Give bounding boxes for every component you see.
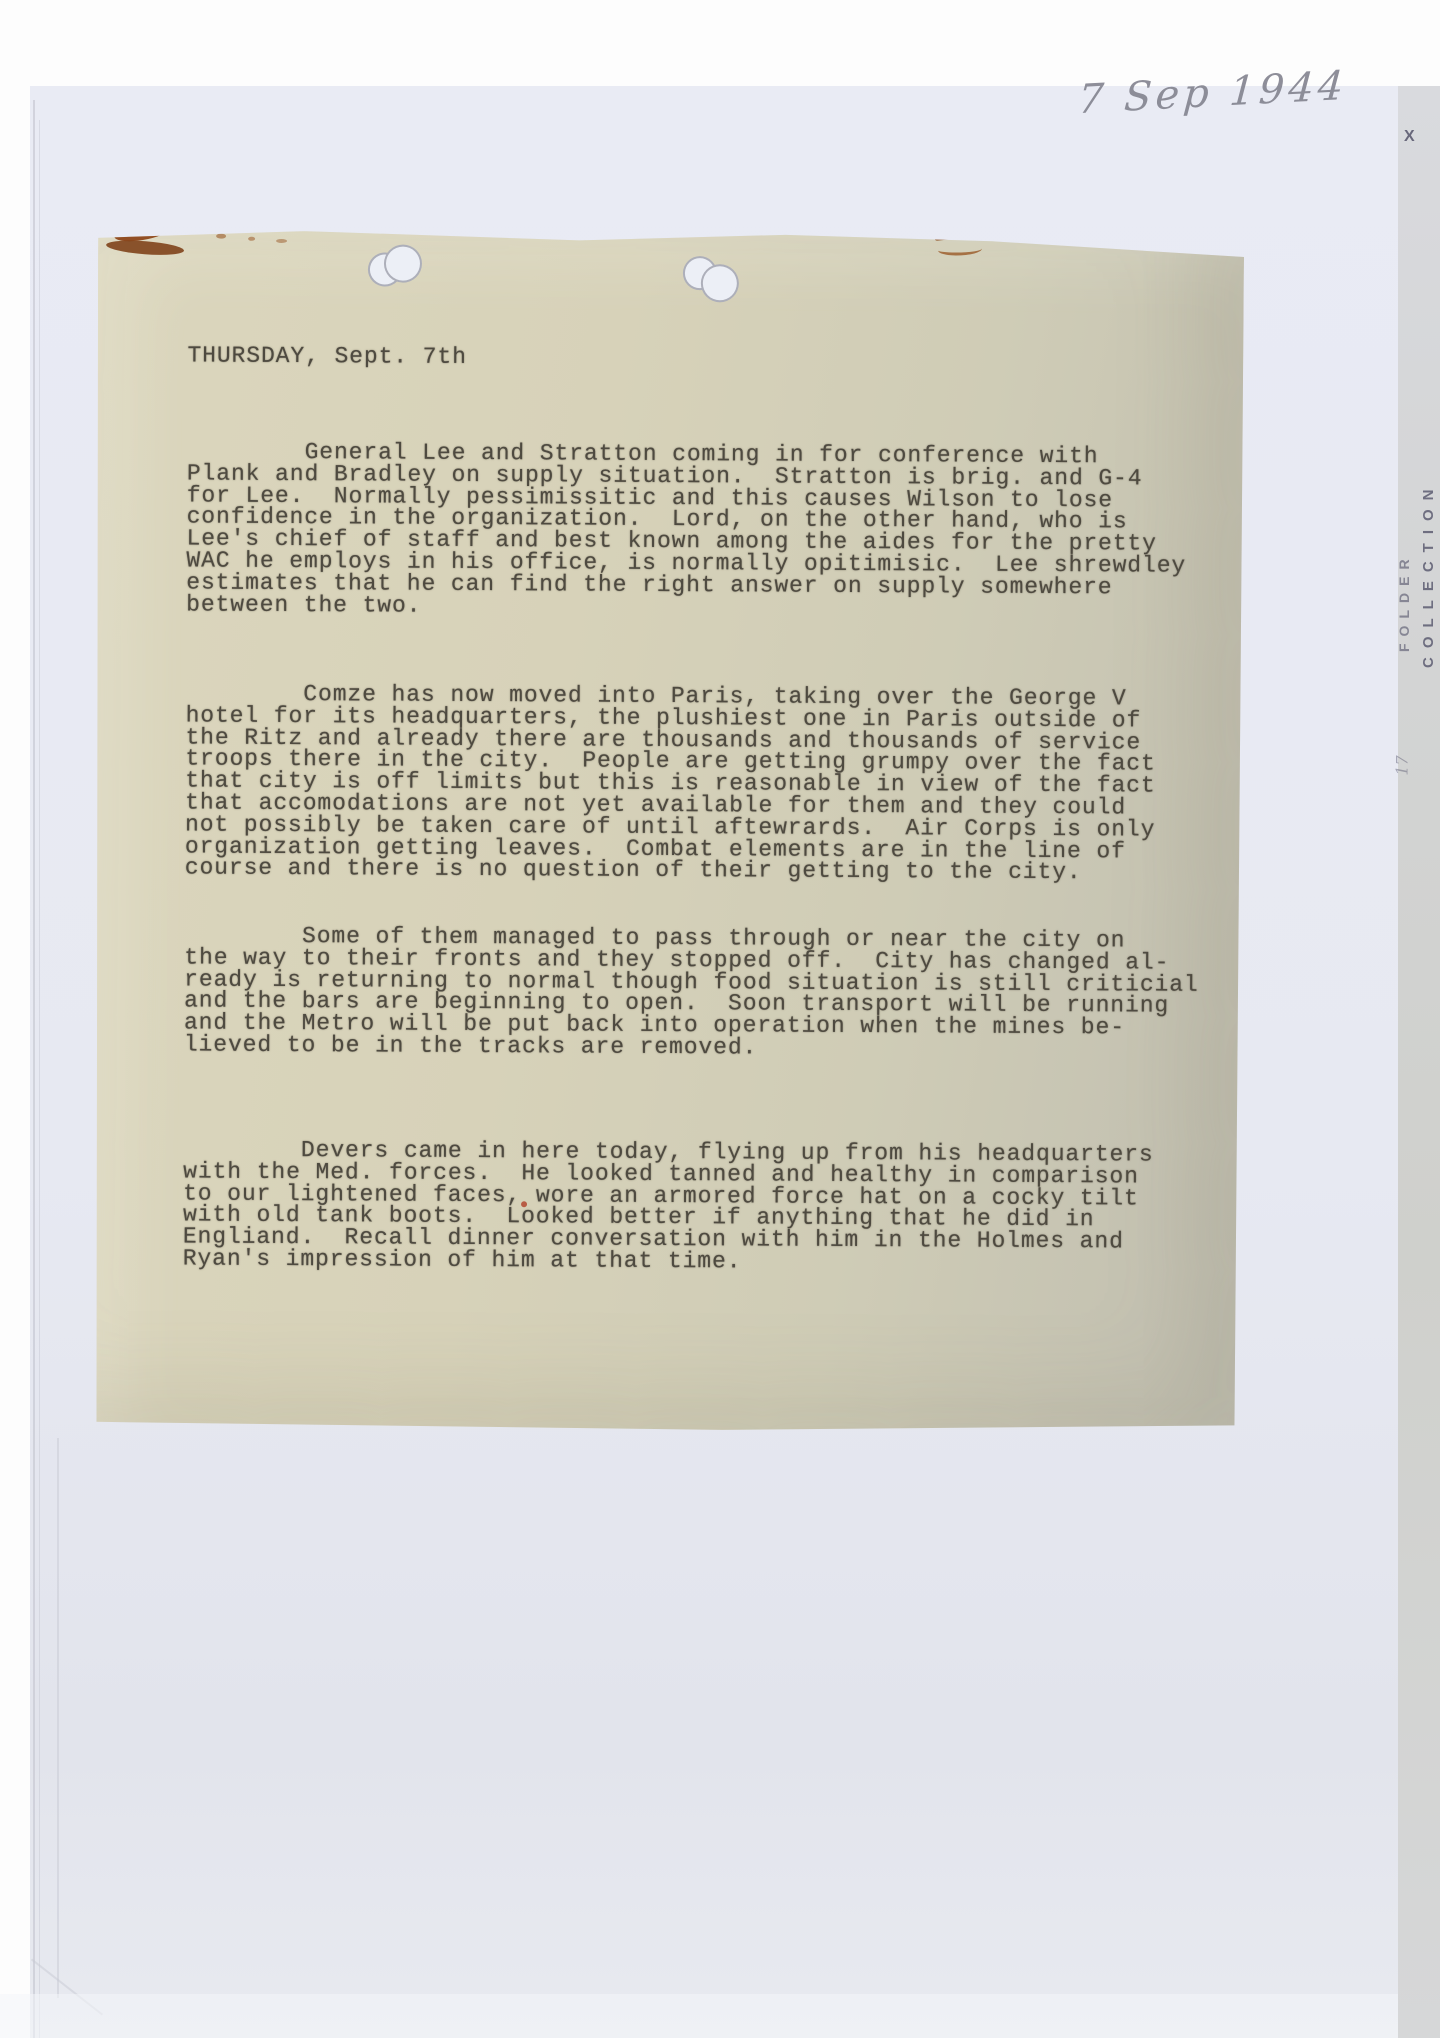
paragraph: Comze has now moved into Paris, taking o… xyxy=(185,683,1156,884)
rust-stain xyxy=(938,243,982,255)
scanned-diary-page: { "annotations": { "handwritten_date": "… xyxy=(0,0,1440,2038)
handwritten-folder-number: 17 xyxy=(1393,755,1412,775)
rust-stain xyxy=(276,239,287,243)
rust-stain xyxy=(106,238,185,257)
entry-heading: THURSDAY, Sept. 7th xyxy=(187,345,466,368)
paragraph: Devers came in here today, flying up fro… xyxy=(183,1139,1154,1275)
collection-stamp: COLLECTION xyxy=(1420,168,1437,668)
page-edge-line xyxy=(33,100,35,2038)
paragraph: Some of them managed to pass through or … xyxy=(184,925,1199,1061)
scan-bottom-strip xyxy=(0,1994,1440,2038)
paragraph: General Lee and Stratton coming in for c… xyxy=(186,441,1187,621)
page-edge-line xyxy=(39,120,40,2038)
punch-hole xyxy=(368,244,426,296)
punch-hole xyxy=(683,254,743,308)
folder-stamp: FOLDER xyxy=(1396,352,1412,652)
rust-stain xyxy=(248,237,255,241)
page-edge-line xyxy=(57,1438,59,1998)
diary-page: THURSDAY, Sept. 7th General Lee and Stra… xyxy=(92,227,1244,1435)
rust-stain xyxy=(216,234,226,239)
handwritten-x-mark: X xyxy=(1404,128,1415,146)
